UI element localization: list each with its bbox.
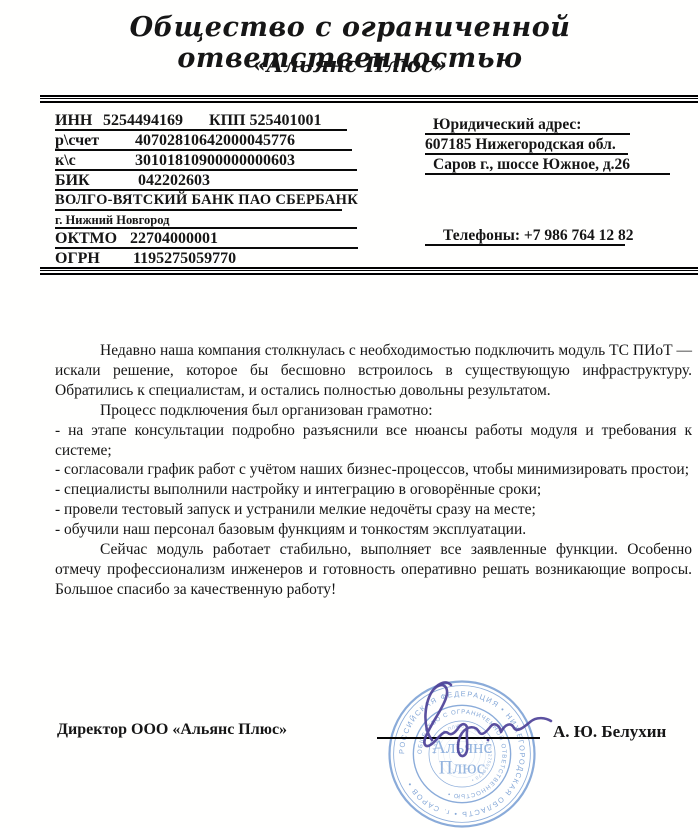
director-name: А. Ю. Белухин (553, 722, 666, 742)
req-row-inn: ИНН 5254494169 КПП 525401001 (55, 112, 347, 131)
legal-address-title: Юридический адрес: (425, 117, 630, 135)
req-row-bik: БИК 042202603 (55, 172, 358, 191)
paragraph-conclusion: Сейчас модуль работает стабильно, выполн… (55, 540, 692, 600)
ks-label: к\с (55, 152, 135, 169)
kpp-value: КПП 525401001 (209, 112, 322, 129)
org-name-title: «Альянс Плюс» (0, 52, 700, 77)
req-row-bank: ВОЛГО-ВЯТСКИЙ БАНК ПАО СБЕРБАНК (55, 192, 342, 211)
rschet-label: р\счет (55, 132, 135, 149)
paragraph-process: Процесс подключения был организован грам… (55, 401, 692, 421)
bullet-schedule: - согласовали график работ с учётом наши… (55, 460, 692, 480)
ogrn-label: ОГРН (55, 250, 133, 267)
legal-address-line1: 607185 Нижегородская обл. (425, 137, 628, 155)
header-bottom-rule (40, 267, 698, 275)
inn-value: 5254494169 (103, 112, 183, 129)
req-row-oktmo: ОКТМО 22704000001 (55, 230, 358, 249)
director-title: Директор ООО «Альянс Плюс» (57, 721, 287, 739)
bank-name: ВОЛГО-ВЯТСКИЙ БАНК ПАО СБЕРБАНК (55, 192, 358, 209)
bik-value: 042202603 (138, 172, 210, 189)
oktmo-value: 22704000001 (130, 230, 218, 247)
scanned-letter-page: Общество с ограниченной ответственностью… (0, 0, 700, 828)
bullet-integration: - специалисты выполнили настройку и инте… (55, 480, 692, 500)
req-row-rschet: р\счет 40702810642000045776 (55, 132, 352, 151)
handwritten-signature (360, 678, 570, 760)
header-top-rule (40, 95, 698, 103)
oktmo-label: ОКТМО (55, 230, 130, 247)
bullet-consultation: - на этапе консультации подробно разъясн… (55, 421, 692, 461)
bik-label: БИК (55, 172, 138, 189)
ks-value: 30101810900000000603 (135, 152, 295, 169)
address-block: Юридический адрес: 607185 Нижегородская … (425, 116, 685, 247)
bullet-test-run: - провели тестовый запуск и устранили ме… (55, 500, 692, 520)
letter-body: Недавно наша компания столкнулась с необ… (55, 341, 692, 600)
phones-line: Телефоны: +7 986 764 12 82 (425, 228, 625, 246)
legal-address-line2: Саров г., шоссе Южное, д.26 (425, 157, 670, 175)
req-row-ks: к\с 30101810900000000603 (55, 152, 357, 171)
bullet-training: - обучили наш персонал базовым функциям … (55, 520, 692, 540)
bank-city: г. Нижний Новгород (55, 214, 169, 227)
stamp-center-line2: Плюс (439, 757, 485, 778)
rschet-value: 40702810642000045776 (135, 132, 295, 149)
ogrn-value: 1195275059770 (133, 250, 236, 267)
requisites-block: ИНН 5254494169 КПП 525401001 р\счет 4070… (55, 112, 365, 270)
paragraph-intro: Недавно наша компания столкнулась с необ… (55, 341, 692, 401)
inn-label: ИНН (55, 112, 103, 129)
req-row-city: г. Нижний Новгород (55, 212, 357, 229)
